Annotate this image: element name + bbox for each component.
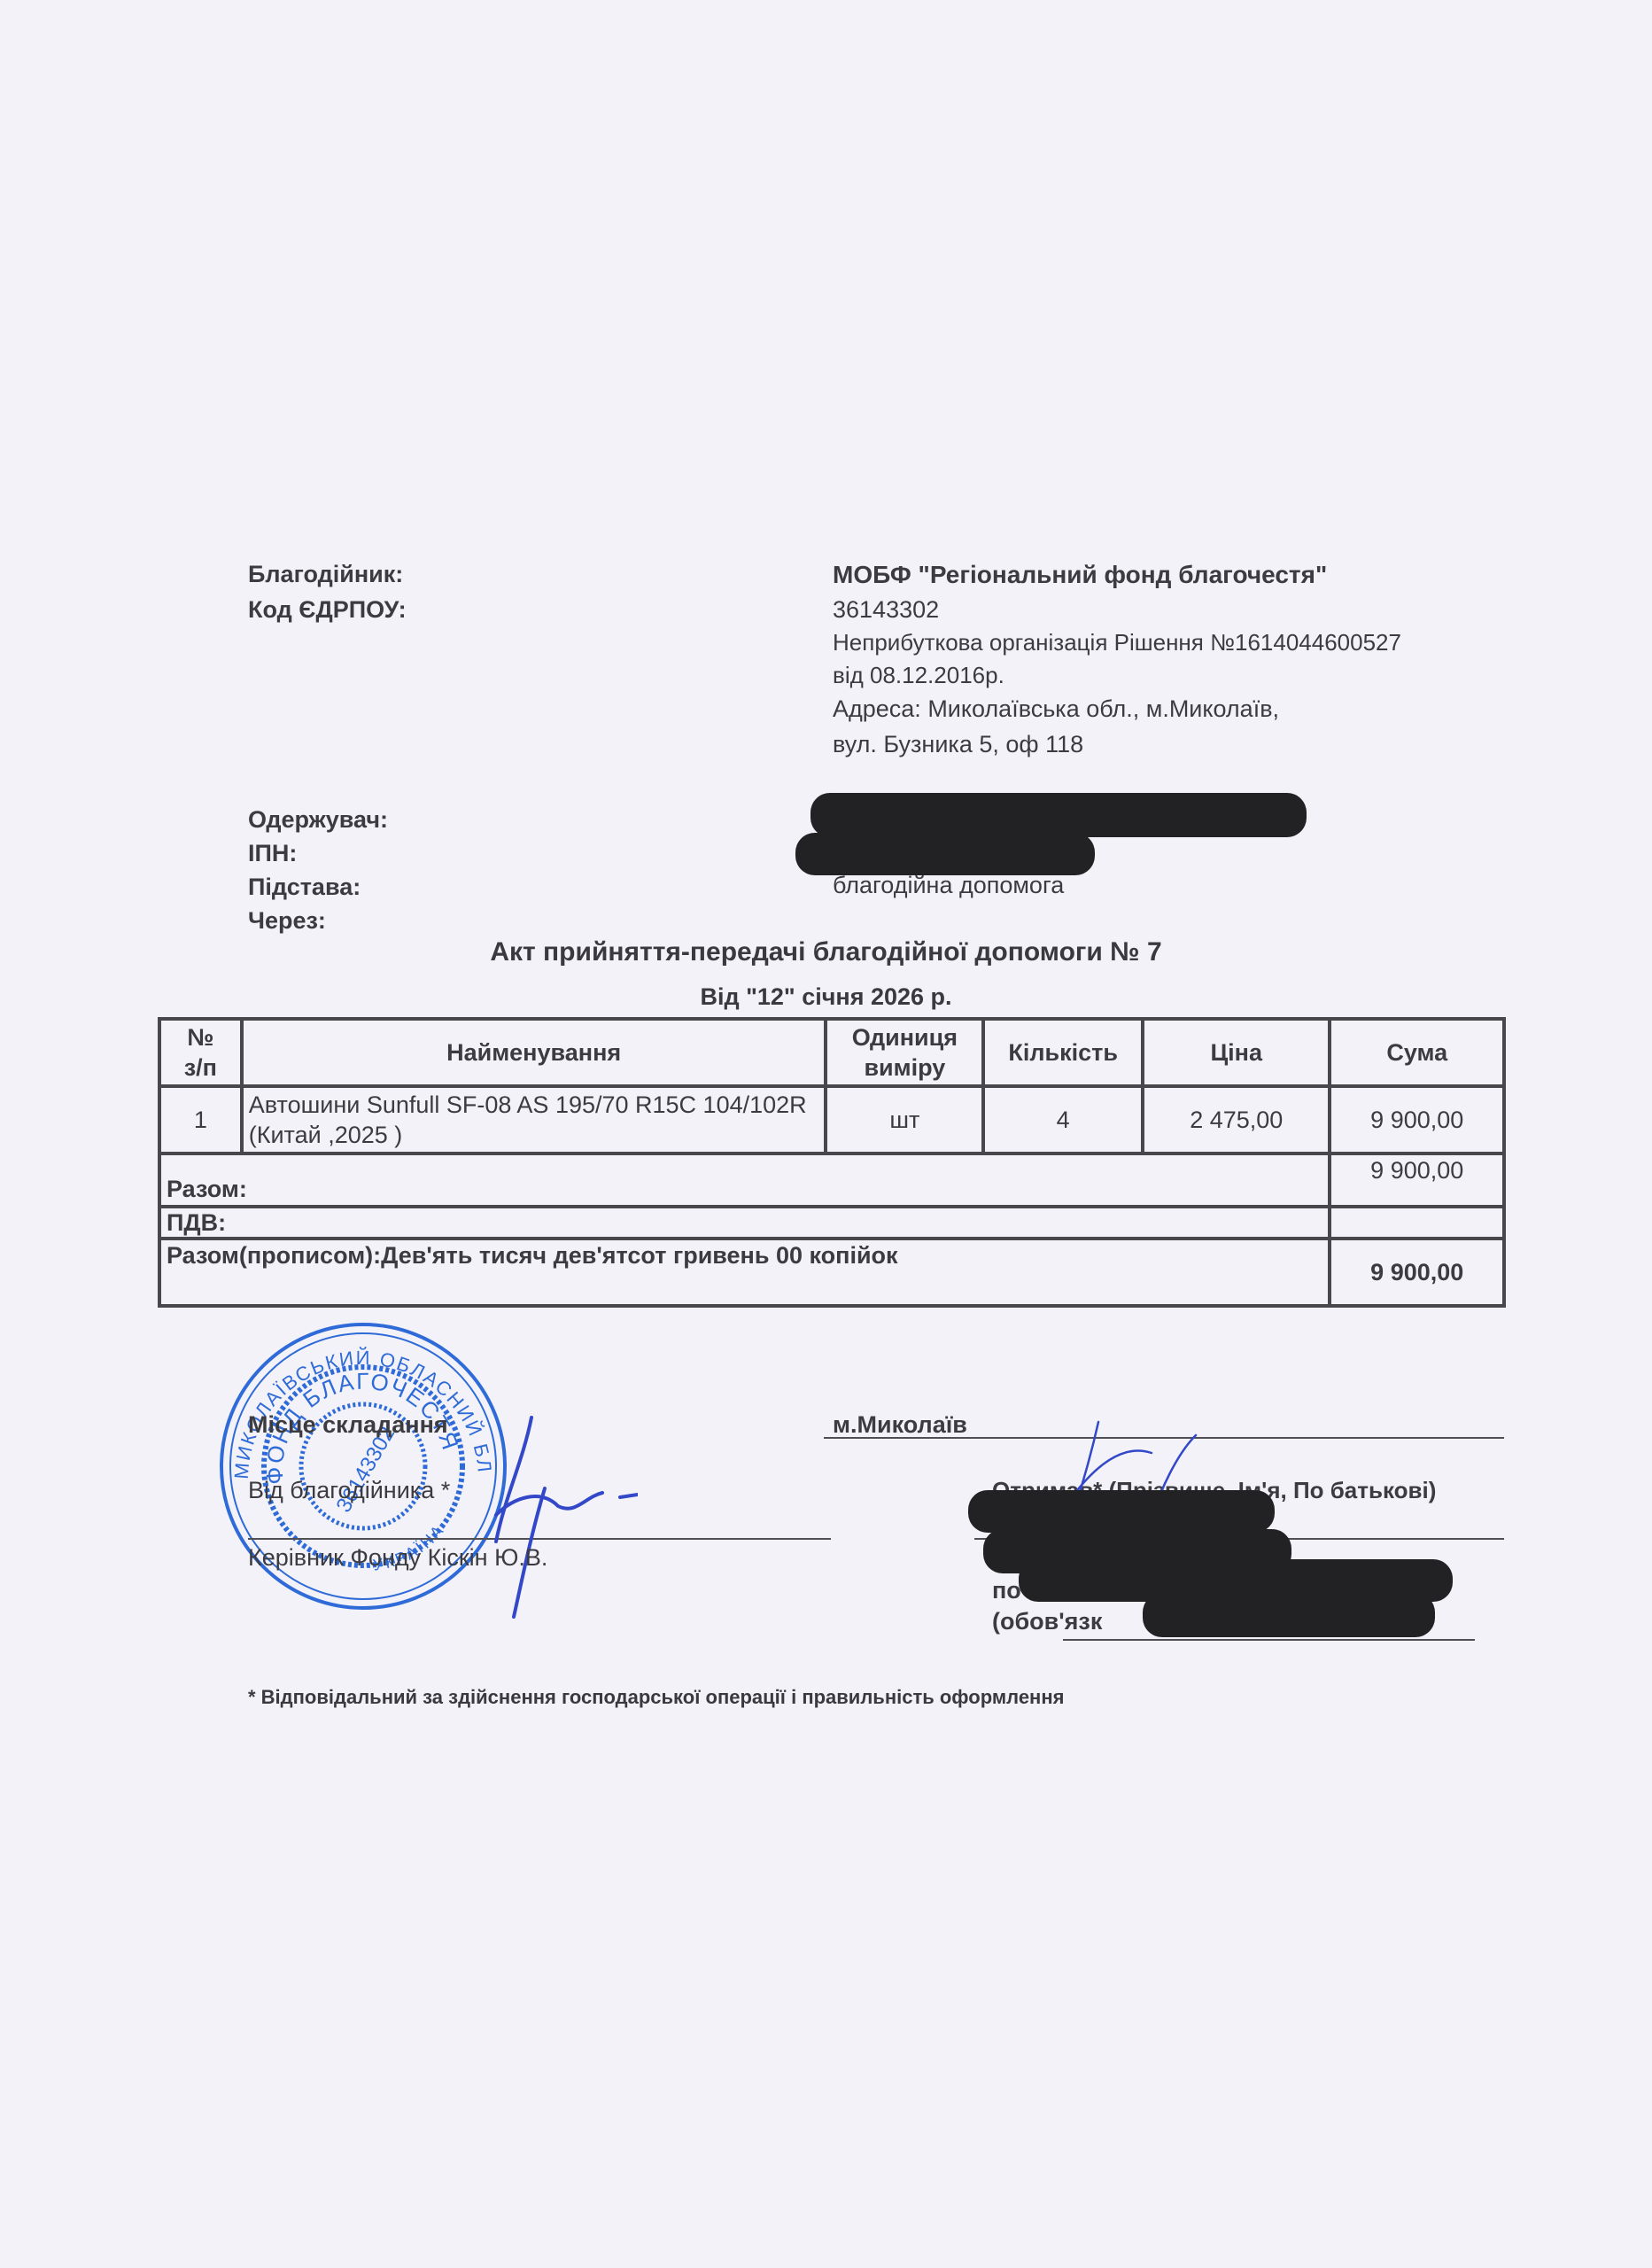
place-value: м.Миколаїв	[833, 1411, 967, 1439]
total-label: Разом:	[159, 1153, 1330, 1207]
redacted-recipient-name	[810, 793, 1307, 837]
total-value: 9 900,00	[1330, 1153, 1504, 1207]
place-label: Місце складання	[248, 1411, 448, 1439]
vat-label: ПДВ:	[159, 1207, 1330, 1239]
col-header-name: Найменування	[242, 1019, 826, 1086]
cell-price: 2 475,00	[1143, 1086, 1330, 1153]
position-line	[1063, 1639, 1475, 1641]
from-donor-label: Від благодійника *	[248, 1477, 450, 1504]
position-label: по	[992, 1577, 1021, 1604]
cell-qty: 4	[983, 1086, 1143, 1153]
total-in-words-label: Разом(прописом):Дев'ять тисяч дев'ятсот …	[159, 1239, 1330, 1306]
recipient-label: Одержувач:	[248, 806, 388, 834]
edrpou-label: Код ЄДРПОУ:	[248, 596, 407, 624]
redacted-recipient-extra	[1143, 1593, 1435, 1637]
basis-label: Підстава:	[248, 874, 361, 901]
via-label: Через:	[248, 907, 326, 935]
donor-nonprofit-date: від 08.12.2016р.	[833, 662, 1004, 689]
cell-no: 1	[159, 1086, 242, 1153]
donor-address-1: Адреса: Миколаївська обл., м.Миколаїв,	[833, 695, 1279, 723]
act-date: Від "12" січня 2026 р.	[0, 983, 1652, 1011]
redacted-ipn	[795, 833, 1095, 875]
col-header-no: №з/п	[159, 1019, 242, 1086]
act-title: Акт прийняття-передачі благодійної допом…	[0, 937, 1652, 967]
footnote: * Відповідальний за здійснення господарс…	[248, 1686, 1064, 1709]
col-header-sum: Сума	[1330, 1019, 1504, 1086]
cell-name: Автошини Sunfull SF-08 AS 195/70 R15C 10…	[242, 1086, 826, 1153]
cell-sum: 9 900,00	[1330, 1086, 1504, 1153]
donor-edrpou: 36143302	[833, 596, 939, 624]
donor-address-2: вул. Бузника 5, оф 118	[833, 731, 1083, 758]
table-row: 1 Автошини Sunfull SF-08 AS 195/70 R15C …	[159, 1086, 1504, 1153]
donor-signature-icon	[461, 1409, 638, 1621]
redacted-recipient-signer	[968, 1490, 1275, 1533]
vat-value	[1330, 1207, 1504, 1239]
donor-signer: Керівник Фонду Кіскін Ю.В.	[248, 1544, 547, 1572]
items-table: №з/п Найменування Одиницявиміру Кількіст…	[158, 1017, 1506, 1308]
donor-label: Благодійник:	[248, 561, 403, 588]
col-header-unit: Одиницявиміру	[826, 1019, 983, 1086]
ipn-label: ІПН:	[248, 840, 297, 867]
total-in-words-row: Разом(прописом):Дев'ять тисяч дев'ятсот …	[159, 1239, 1504, 1306]
col-header-price: Ціна	[1143, 1019, 1330, 1086]
table-header-row: №з/п Найменування Одиницявиміру Кількіст…	[159, 1019, 1504, 1086]
basis-value: благодійна допомога	[833, 872, 1064, 899]
donor-nonprofit: Неприбуткова організація Рішення №161404…	[833, 629, 1401, 656]
cell-unit: шт	[826, 1086, 983, 1153]
donor-name: МОБФ "Регіональний фонд благочестя"	[833, 561, 1327, 589]
total-row: Разом: 9 900,00	[159, 1153, 1504, 1207]
mandatory-label: (обов'язк	[992, 1608, 1102, 1635]
col-header-qty: Кількість	[983, 1019, 1143, 1086]
total-in-words-value: 9 900,00	[1330, 1239, 1504, 1306]
vat-row: ПДВ:	[159, 1207, 1504, 1239]
